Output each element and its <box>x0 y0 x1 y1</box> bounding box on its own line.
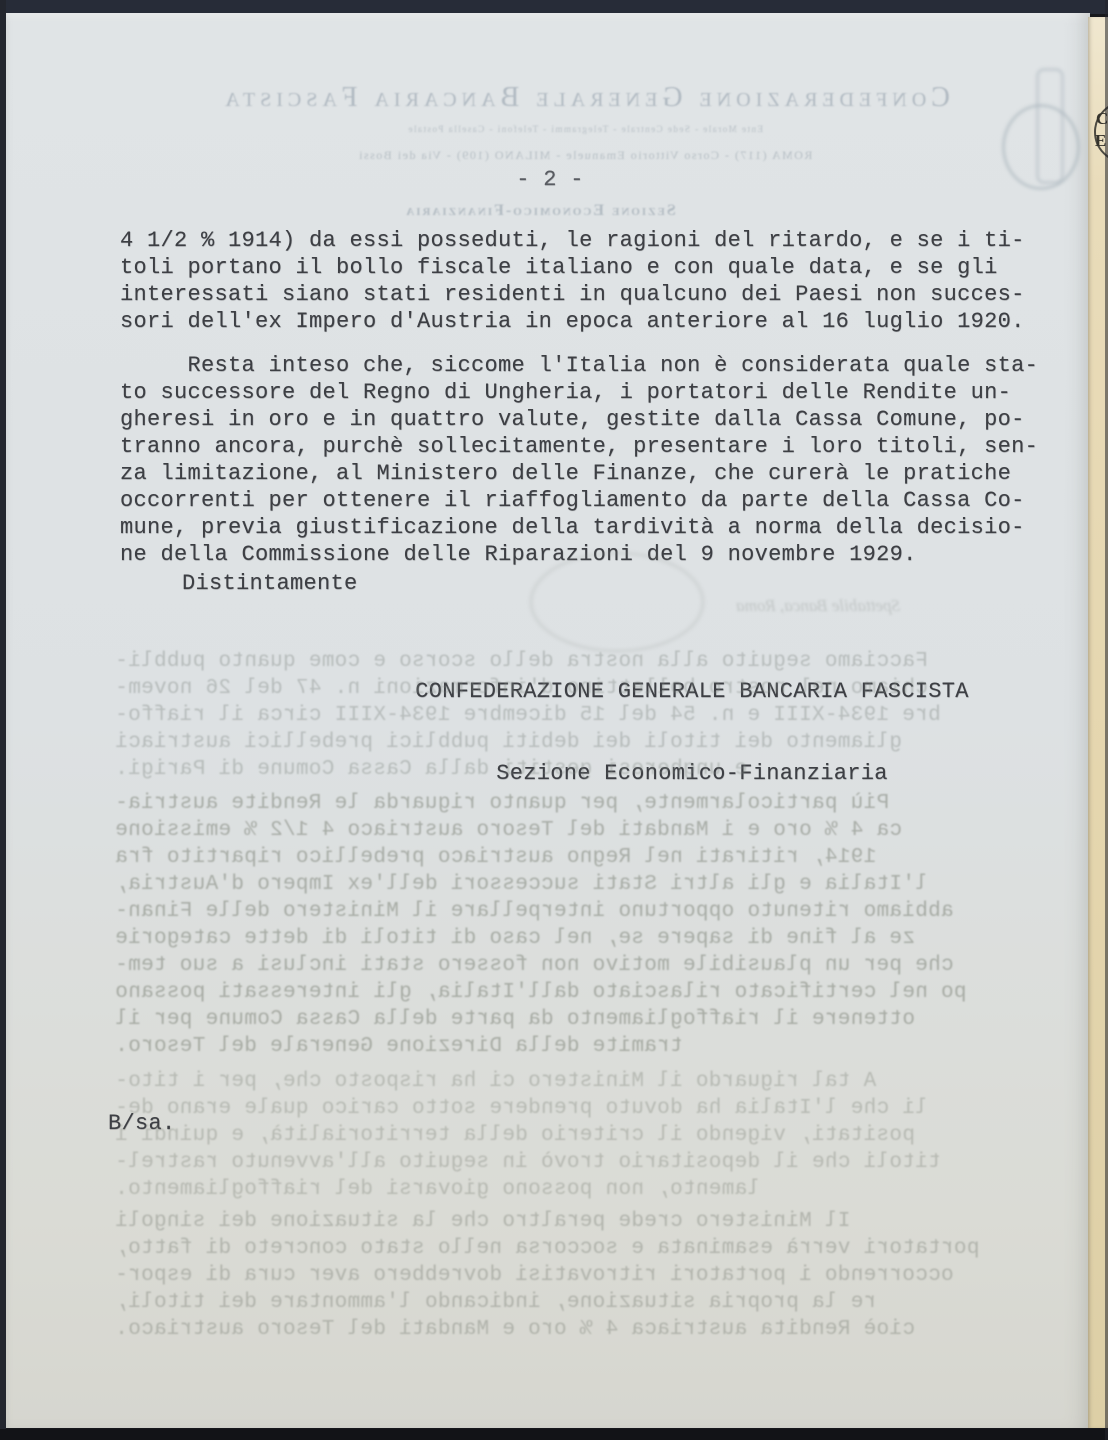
text-line: 1914, ritirati nel Regno austriaco prebe… <box>115 844 1050 871</box>
bleedthrough-letterhead-cities: ROMA (117) - Corso Vittorio Emanuele - M… <box>190 148 980 163</box>
text-line: mune, previa giustificazione della tardi… <box>120 514 1060 541</box>
text-line: positati, vigendo il criterio della terr… <box>115 1122 1050 1149</box>
text-line: A tal riguardo il Ministero ci ha rispos… <box>115 1068 1050 1095</box>
text-line: tranno ancora, purchè sollecitamente, pr… <box>120 433 1060 460</box>
text-line: abbiamo ritenuto opportuno interpellare … <box>115 898 1050 925</box>
scan-top-band <box>0 0 1108 14</box>
text-line: Facciamo seguito alla nostra dello scors… <box>115 648 1050 675</box>
text-line: gheresi in oro e in quattro valute, gest… <box>120 406 1060 433</box>
text-line: to successore del Regno di Ungheria, i p… <box>120 379 1060 406</box>
bleedthrough-paragraph-4: Il Ministero crede peraltro che la situa… <box>115 1208 1050 1343</box>
text-line: po nel certificato rilasciato dall'Itali… <box>115 979 1050 1006</box>
text-line: lamento, non possono giovarsi del riaffo… <box>115 1176 1050 1203</box>
text-line: Più particolarmente, per quanto riguarda… <box>115 790 1050 817</box>
text-line: bre 1934-XIII e n. 54 del 15 dicembre 19… <box>115 702 1050 729</box>
text-line: chiamo nel nostro bollettino d'informazi… <box>115 675 1050 702</box>
text-line: occorrenti per ottenere il riaffogliamen… <box>120 487 1060 514</box>
text-line: e ungheresi gestiti dalla Cassa Comune d… <box>115 756 1050 783</box>
bleedthrough-paragraph-2: Più particolarmente, per quanto riguarda… <box>115 790 1050 1060</box>
text-line: sori dell'ex Impero d'Austria in epoca a… <box>120 308 1060 335</box>
text-line: portatori verrà esaminata e soccorsa nel… <box>115 1235 1050 1262</box>
text-line: ca 4 % oro e i Mandati del Tesoro austri… <box>115 817 1050 844</box>
body-paragraph-1: 4 1/2 % 1914) da essi posseduti, le ragi… <box>120 227 1060 335</box>
text-line: cioè Rendita austriaca 4 % oro e Mandati… <box>115 1316 1050 1343</box>
text-line: occorrendo i portatori ritrovatisi dovre… <box>115 1262 1050 1289</box>
scanned-letter-page: { "document": { "page_number": "- 2 -", … <box>0 0 1108 1440</box>
bleedthrough-paragraph-3: A tal riguardo il Ministero ci ha rispos… <box>115 1068 1050 1203</box>
bleedthrough-letterhead-title: Confederazione Generale Bancaria Fascist… <box>140 82 1030 114</box>
text-line: Il Ministero crede peraltro che la situa… <box>115 1208 1050 1235</box>
body-paragraph-2: Resta inteso che, siccome l'Italia non è… <box>120 352 1060 568</box>
bleedthrough-section-heading: Sezione Economico-Finanziaria <box>360 202 720 220</box>
text-line: tramite della Direzione Generale del Tes… <box>115 1033 1050 1060</box>
closing-salutation: Distintamente <box>182 570 358 597</box>
text-line: li che l'Italia ha dovuto prendere sotto… <box>115 1095 1050 1122</box>
bleedthrough-faint-note: Spettabile Banca, Roma <box>640 596 900 616</box>
bleedthrough-paragraph-1: Facciamo seguito alla nostra dello scors… <box>115 648 1050 783</box>
text-line: ze al fine di sapere se, nel caso di tit… <box>115 925 1050 952</box>
scan-bottom-band <box>0 1429 1108 1440</box>
text-line: re la propria situazione, indicando l'am… <box>115 1289 1050 1316</box>
text-line: che per un plausibile motivo non fossero… <box>115 952 1050 979</box>
text-line: l'Italia e gli altri Stati successori de… <box>115 871 1050 898</box>
text-line: za limitazione, al Ministero delle Finan… <box>120 460 1060 487</box>
text-line: interessati siano stati residenti in qua… <box>120 281 1060 308</box>
text-line: ottenere il riaffogliamento da parte del… <box>115 1006 1050 1033</box>
bleedthrough-letterhead-address: Ente Morale - Sede Centrale - Telegrammi… <box>250 124 920 134</box>
text-line: gliamento dei titoli dei debiti pubblici… <box>115 729 1050 756</box>
text-line: toli portano il bollo fiscale italiano e… <box>120 254 1060 281</box>
page-number: - 2 - <box>505 166 595 193</box>
text-line: titoli che il depositario trovò in segui… <box>115 1149 1050 1176</box>
embossed-stamp-bar <box>1036 68 1064 184</box>
text-line: 4 1/2 % 1914) da essi posseduti, le ragi… <box>120 227 1060 254</box>
text-line: Resta inteso che, siccome l'Italia non è… <box>120 352 1060 379</box>
